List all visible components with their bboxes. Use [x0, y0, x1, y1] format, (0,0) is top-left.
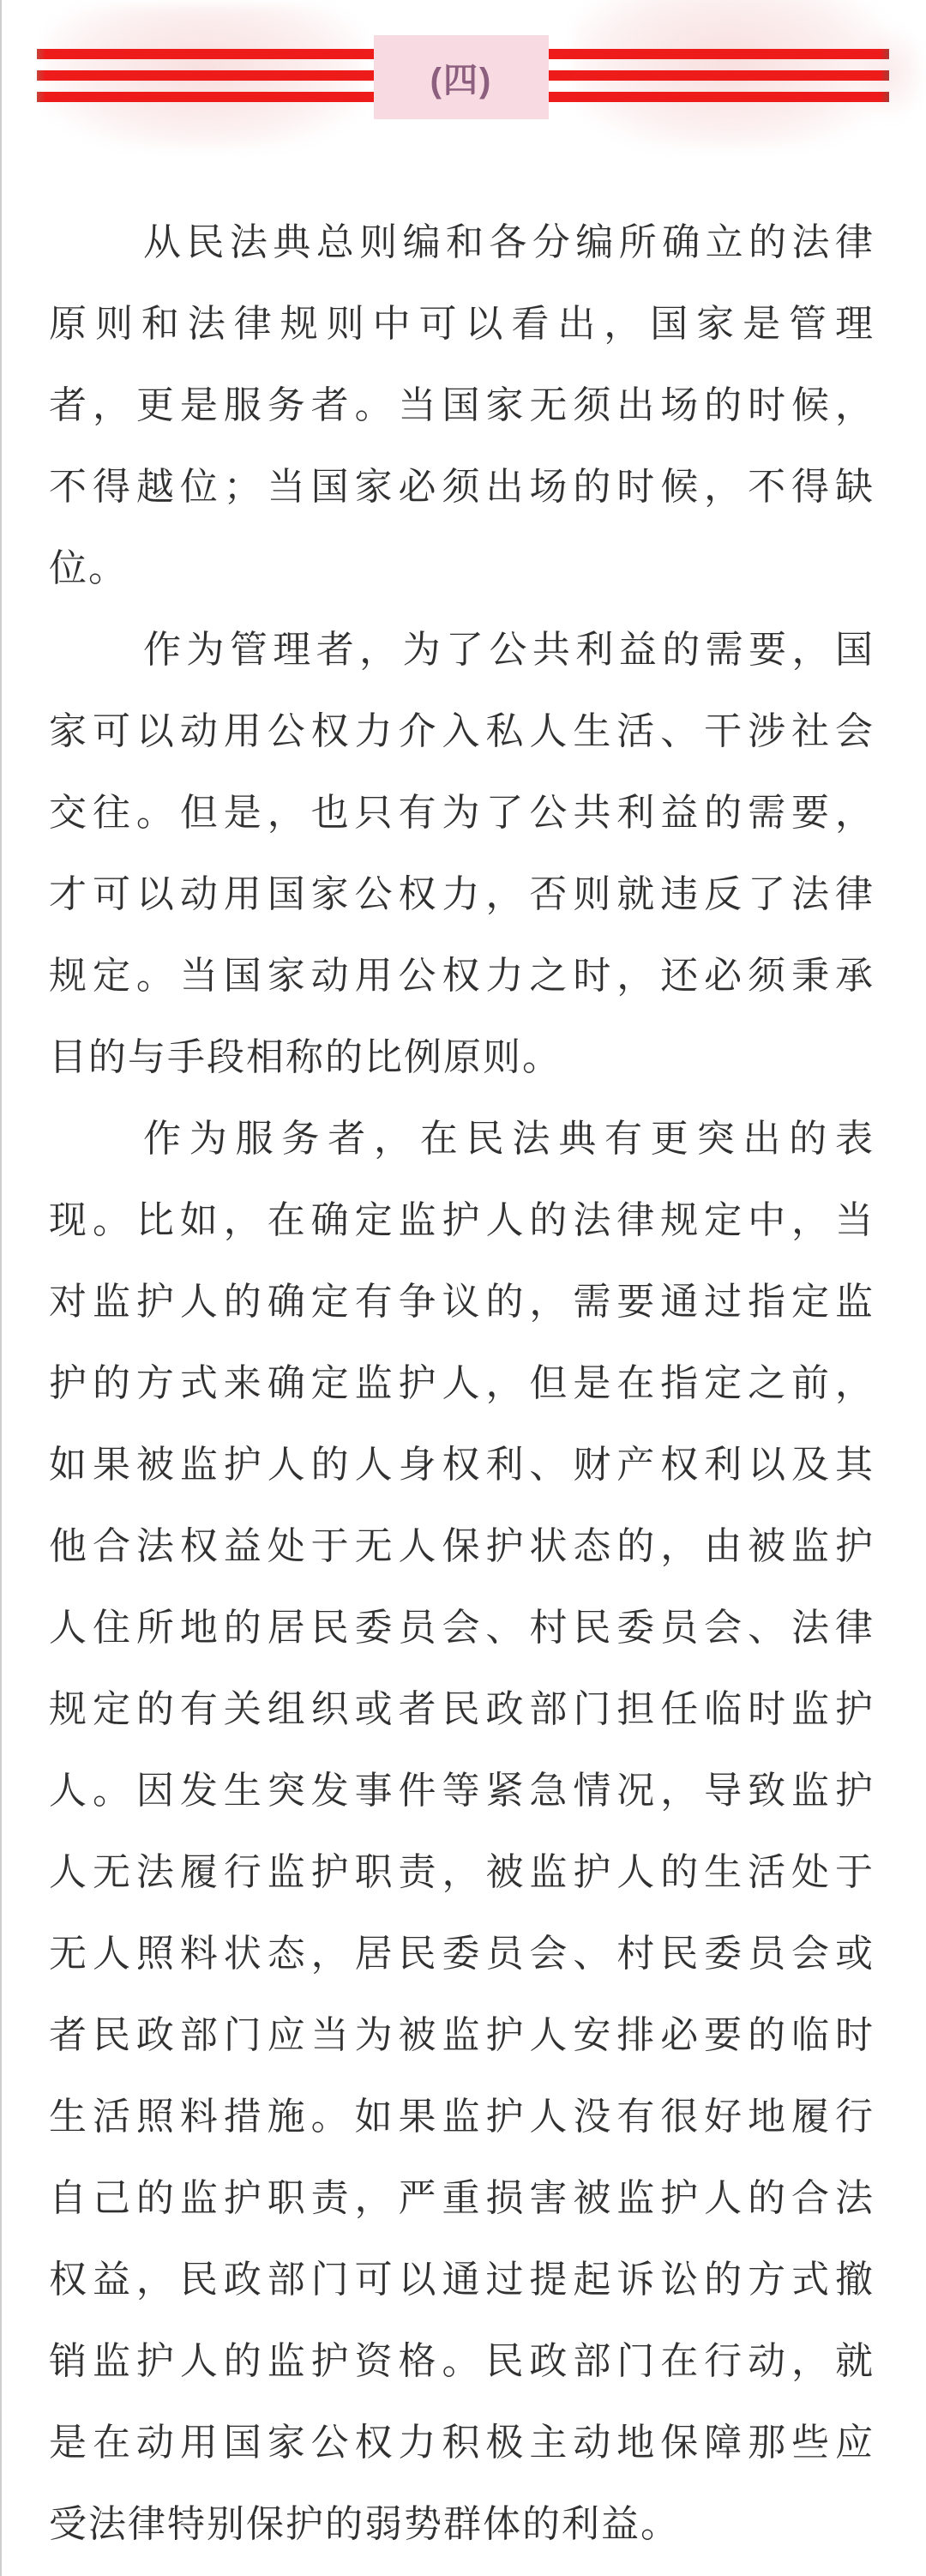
text-line: 从民法典总则编和各分编所确立的法律	[49, 202, 875, 283]
article-body: 从民法典总则编和各分编所确立的法律原则和法律规则中可以看出，国家是管理者，更是服…	[49, 202, 875, 2565]
text-line: 交往。但是，也只有为了公共利益的需要，	[49, 772, 875, 854]
text-line: 生活照料措施。如果监护人没有很好地履行	[49, 2076, 875, 2157]
text-line: 者民政部门应当为被监护人安排必要的临时	[49, 1994, 875, 2076]
text-line: 是在动用国家公权力积极主动地保障那些应	[49, 2402, 875, 2483]
text-line: 自己的监护职责，严重损害被监护人的合法	[49, 2157, 875, 2239]
text-line: 作为服务者，在民法典有更突出的表	[49, 1098, 875, 1179]
text-line: 销监护人的监护资格。民政部门在行动，就	[49, 2320, 875, 2402]
text-line: 规定的有关组织或者民政部门担任临时监护	[49, 1668, 875, 1750]
text-line: 家可以动用公权力介入私人生活、干涉社会	[49, 691, 875, 772]
text-line: 人住所地的居民委员会、村民委员会、法律	[49, 1587, 875, 1668]
text-line: 目的与手段相称的比例原则。	[49, 1017, 875, 1098]
paragraph: 作为管理者，为了公共利益的需要，国家可以动用公权力介入私人生活、干涉社会交往。但…	[49, 609, 875, 1098]
section-number-label: (四)	[430, 53, 493, 102]
text-line: 人。因发生突发事件等紧急情况，导致监护	[49, 1750, 875, 1831]
paragraph: 从民法典总则编和各分编所确立的法律原则和法律规则中可以看出，国家是管理者，更是服…	[49, 202, 875, 609]
text-line: 受法律特别保护的弱势群体的利益。	[49, 2483, 875, 2565]
text-line: 才可以动用国家公权力，否则就违反了法律	[49, 854, 875, 935]
text-line: 规定。当国家动用公权力之时，还必须秉承	[49, 935, 875, 1017]
section-number-badge: (四)	[374, 35, 549, 119]
text-line: 无人照料状态，居民委员会、村民委员会或	[49, 1913, 875, 1994]
text-line: 人无法履行监护职责，被监护人的生活处于	[49, 1831, 875, 1913]
text-line: 护的方式来确定监护人，但是在指定之前，	[49, 1342, 875, 1424]
text-line: 现。比如，在确定监护人的法律规定中，当	[49, 1179, 875, 1261]
text-line: 者，更是服务者。当国家无须出场的时候，	[49, 365, 875, 446]
text-line: 位。	[49, 528, 875, 609]
article-page: (四) 从民法典总则编和各分编所确立的法律原则和法律规则中可以看出，国家是管理者…	[0, 0, 926, 2576]
text-line: 他合法权益处于无人保护状态的，由被监护	[49, 1505, 875, 1587]
text-line: 权益，民政部门可以通过提起诉讼的方式撤	[49, 2239, 875, 2320]
text-line: 不得越位；当国家必须出场的时候，不得缺	[49, 446, 875, 528]
text-line: 作为管理者，为了公共利益的需要，国	[49, 609, 875, 691]
text-line: 如果被监护人的人身权利、财产权利以及其	[49, 1424, 875, 1505]
text-line: 原则和法律规则中可以看出，国家是管理	[49, 283, 875, 365]
page-left-edge	[0, 0, 2, 2576]
text-line: 对监护人的确定有争议的，需要通过指定监	[49, 1261, 875, 1342]
paragraph: 作为服务者，在民法典有更突出的表现。比如，在确定监护人的法律规定中，当对监护人的…	[49, 1098, 875, 2565]
